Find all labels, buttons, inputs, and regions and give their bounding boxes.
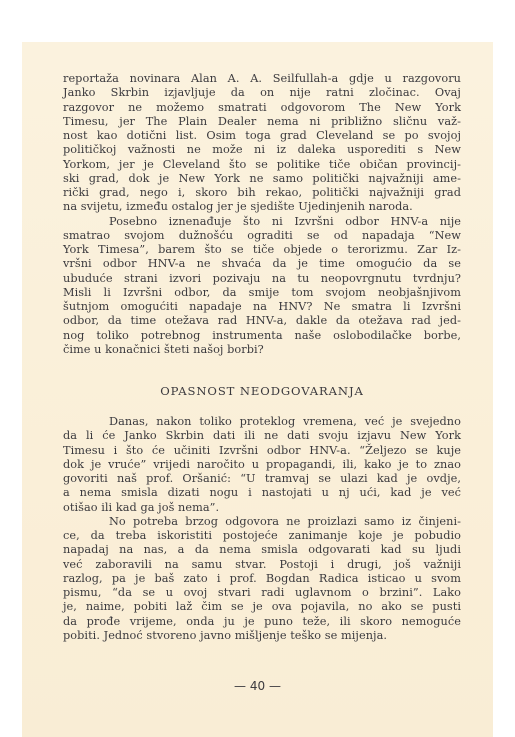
paragraph-line: da li će Janko Skrbin dati ili ne dati s… [63,429,461,443]
paragraph-line: Timesu, jer The Plain Dealer nema ni pri… [63,115,461,129]
paragraph-line: dok je vruće” vrijedi naročito u propaga… [63,458,461,472]
paragraph-line: pobiti. Jednoć stvoreno javno mišljenje … [63,629,461,643]
paragraph-line: Timesu i što će učiniti Izvršni odbor HN… [63,444,461,458]
paragraph-line: napadaj na nas, a da nema smisla odgovar… [63,543,461,557]
paragraph-line: No potreba brzog odgovora ne proizlazi s… [63,515,461,529]
paragraph-line: nog toliko potrebnog instrumenta naše os… [63,329,461,343]
paragraph-line: smatrao svojom dužnošću ograditi se od n… [63,229,461,243]
paragraph-line: političkoj važnosti ne može ni iz daleka… [63,143,461,157]
paragraph-line: a nema smisla dizati nogu i nastojati u … [63,486,461,500]
paragraph-line: ce, da treba iskoristiti postojeće zanim… [63,529,461,543]
paragraph-line: York Timesa”, barem što se tiče objede o… [63,243,461,257]
paragraph-line: Misli li Izvršni odbor, da smije tom svo… [63,286,461,300]
paragraph-line: Yorkom, jer je Cleveland što se politike… [63,158,461,172]
page-number: — 40 — [22,679,493,693]
paragraph-line: Danas, nakon toliko proteklog vremena, v… [63,415,461,429]
paragraph-line: šutnjom omogućiti napadaje na HNV? Ne sm… [63,300,461,314]
paragraph-line: otišao ili kad ga još nema”. [63,501,461,515]
paragraph-line: razlog, pa je baš zato i prof. Bogdan Ra… [63,572,461,586]
paragraph-line: reportaža novinara Alan A. A. Seilfullah… [63,72,461,86]
paragraph-line: na svijetu, između ostalog jer je sjediš… [63,200,461,214]
section-heading: OPASNOST NEODGOVARANJA [63,384,461,398]
paragraph-line: Janko Skrbin izjavljuje da on nije ratni… [63,86,461,100]
paragraph-line: razgovor ne možemo smatrati odgovorom Th… [63,101,461,115]
paragraph-line: rički grad, nego i, skoro bih rekao, pol… [63,186,461,200]
text-section-2: Danas, nakon toliko proteklog vremena, v… [63,415,461,643]
paragraph-line: nost kao dotični list. Osim toga grad Cl… [63,129,461,143]
paragraph-line: ski grad, dok je New York ne samo politi… [63,172,461,186]
paragraph-line: govoriti naš prof. Oršanić: “U tramvaj s… [63,472,461,486]
paragraph-line: pismu, “da se u ovoj stvari radi uglavno… [63,586,461,600]
paragraph-line: da prođe vrijeme, onda ju je puno teže, … [63,615,461,629]
paragraph-line: je, naime, pobiti laž čim se je ova poja… [63,600,461,614]
paragraph-line: vršni odbor HNV-a ne shvaća da je time o… [63,257,461,271]
paragraph-line: ubuduće strani izvori pozivaju na tu neo… [63,272,461,286]
text-section-1: reportaža novinara Alan A. A. Seilfullah… [63,72,461,357]
paragraph-line: čime u konačnici šteti našoj borbi? [63,343,461,357]
paragraph-line: Posebno iznenađuje što ni Izvršni odbor … [63,215,461,229]
paragraph-line: odbor, da time otežava rad HNV-a, dakle … [63,314,461,328]
paragraph-line: već zaboravili na samu stvar. Postoji i … [63,558,461,572]
book-page: reportaža novinara Alan A. A. Seilfullah… [22,42,493,737]
